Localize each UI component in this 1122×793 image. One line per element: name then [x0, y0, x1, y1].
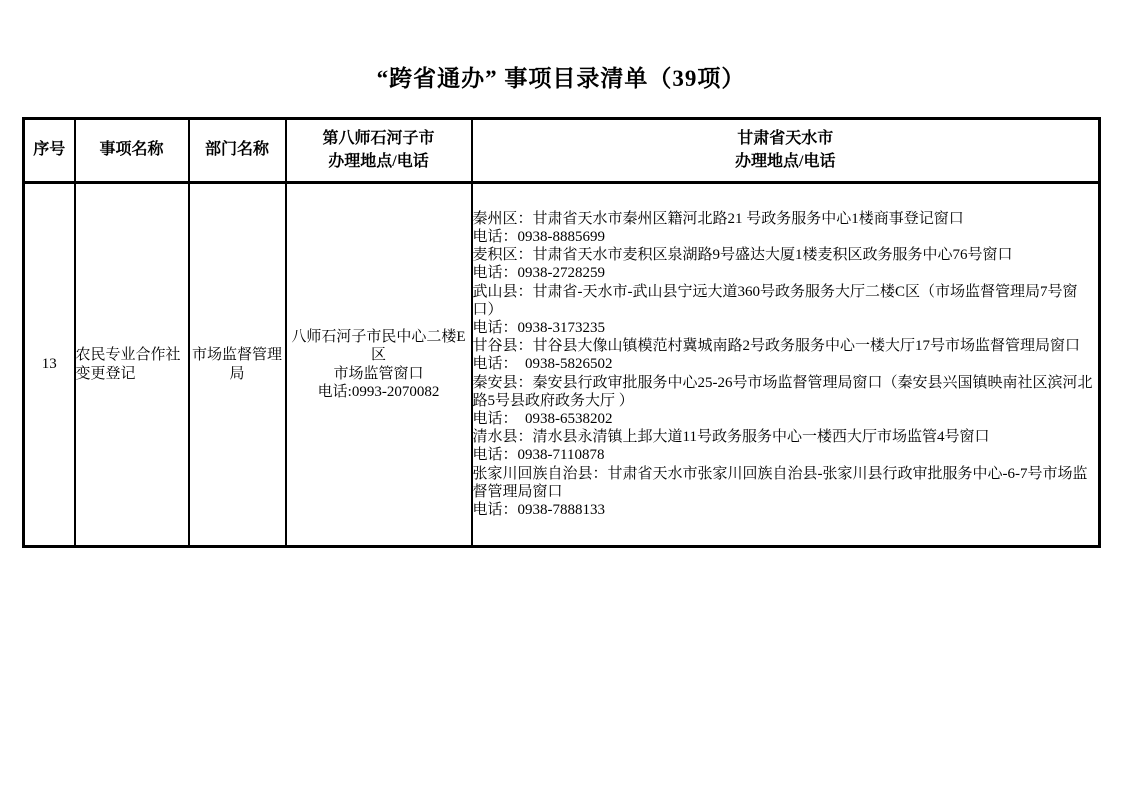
- cell-shihezi-location: 八师石河子市民中心二楼E区 市场监管窗口 电话:0993-2070082: [286, 183, 472, 547]
- header-item-name: 事项名称: [75, 119, 189, 183]
- header-row: 序号 事项名称 部门名称 第八师石河子市 办理地点/电话 甘肃省天水市 办理地点…: [24, 119, 1100, 183]
- document-page: “跨省通办” 事项目录清单（39项） 序号 事项名称 部门名称 第八师石河子市 …: [0, 0, 1122, 793]
- cell-item-name: 农民专业合作社 变更登记: [75, 183, 189, 547]
- header-tianshui-location: 甘肃省天水市 办理地点/电话: [472, 119, 1100, 183]
- cell-department: 市场监督管理 局: [189, 183, 286, 547]
- header-department-name: 部门名称: [189, 119, 286, 183]
- table-row: 13 农民专业合作社 变更登记 市场监督管理 局 八师石河子市民中心二楼E区 市…: [24, 183, 1100, 547]
- catalog-table: 序号 事项名称 部门名称 第八师石河子市 办理地点/电话 甘肃省天水市 办理地点…: [22, 117, 1101, 548]
- cell-tianshui-location: 秦州区：甘肃省天水市秦州区籍河北路21 号政务服务中心1楼商事登记窗口 电话：0…: [472, 183, 1100, 547]
- header-shihezi-location: 第八师石河子市 办理地点/电话: [286, 119, 472, 183]
- header-index: 序号: [24, 119, 75, 183]
- page-title: “跨省通办” 事项目录清单（39项）: [0, 0, 1122, 117]
- cell-index: 13: [24, 183, 75, 547]
